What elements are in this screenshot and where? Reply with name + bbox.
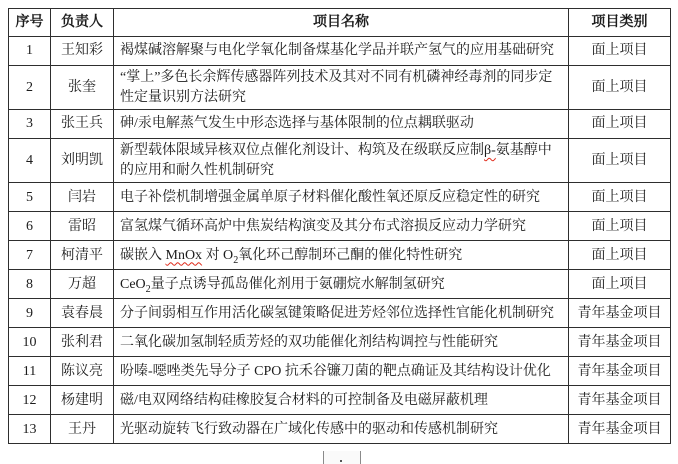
cell-leader: 张奎 bbox=[51, 66, 114, 110]
cell-project-name: 电子补偿机制增强金属单原子材料催化酸性氧还原反应稳定性的研究 bbox=[114, 183, 569, 212]
table-row: 1王知彩褐煤碱溶解聚与电化学氧化制备煤基化学品并联产氢气的应用基础研究面上项目 bbox=[9, 37, 671, 66]
cell-category: 面上项目 bbox=[569, 183, 671, 212]
cell-project-name: 砷/汞电解蒸气发生中形态选择与基体限制的位点耦联驱动 bbox=[114, 110, 569, 139]
col-header-category: 项目类别 bbox=[569, 9, 671, 37]
cell-index: 12 bbox=[9, 386, 51, 415]
cell-category: 青年基金项目 bbox=[569, 357, 671, 386]
col-header-leader: 负责人 bbox=[51, 9, 114, 37]
cell-leader: 闫岩 bbox=[51, 183, 114, 212]
title-segment: 量子点诱导孤岛催化剂用于氨硼烷水解制氢研究 bbox=[151, 277, 445, 292]
cell-category: 面上项目 bbox=[569, 139, 671, 183]
projects-table: 序号 负责人 项目名称 项目类别 1王知彩褐煤碱溶解聚与电化学氧化制备煤基化学品… bbox=[8, 8, 671, 444]
title-segment-spellcheck: β- bbox=[484, 143, 496, 158]
cell-project-name: CeO2量子点诱导孤岛催化剂用于氨硼烷水解制氢研究 bbox=[114, 270, 569, 299]
page-fragment-dot bbox=[340, 460, 342, 462]
cell-category: 青年基金项目 bbox=[569, 415, 671, 444]
title-segment: “掌上”多色长余辉传感器阵列技术及其对不同有机磷神经毒剂的同步定性定量识别方法研… bbox=[120, 70, 552, 105]
cell-project-name: 褐煤碱溶解聚与电化学氧化制备煤基化学品并联产氢气的应用基础研究 bbox=[114, 37, 569, 66]
cell-index: 11 bbox=[9, 357, 51, 386]
col-header-index: 序号 bbox=[9, 9, 51, 37]
cell-leader: 万超 bbox=[51, 270, 114, 299]
cell-leader: 柯清平 bbox=[51, 241, 114, 270]
table-row: 12杨建明磁/电双网络结构硅橡胶复合材料的可控制备及电磁屏蔽机理青年基金项目 bbox=[9, 386, 671, 415]
cell-index: 3 bbox=[9, 110, 51, 139]
cell-index: 9 bbox=[9, 299, 51, 328]
cell-index: 2 bbox=[9, 66, 51, 110]
table-row: 9袁春晨分子间弱相互作用活化碳氢键策略促进芳烃邻位选择性官能化机制研究青年基金项… bbox=[9, 299, 671, 328]
cell-project-name: 新型载体限域异核双位点催化剂设计、构筑及在级联反应制β-氨基醇中的应用和耐久性机… bbox=[114, 139, 569, 183]
title-segment: 磁/电双网络结构硅橡胶复合材料的可控制备及电磁屏蔽机理 bbox=[120, 393, 488, 408]
title-segment: 新型载体限域异核双位点催化剂设计、构筑及在级联反应制 bbox=[120, 143, 484, 158]
projects-table-body: 1王知彩褐煤碱溶解聚与电化学氧化制备煤基化学品并联产氢气的应用基础研究面上项目2… bbox=[9, 37, 671, 444]
cell-leader: 雷昭 bbox=[51, 212, 114, 241]
cell-category: 青年基金项目 bbox=[569, 328, 671, 357]
cell-leader: 刘明凯 bbox=[51, 139, 114, 183]
cell-category: 面上项目 bbox=[569, 37, 671, 66]
title-segment: 对 O bbox=[202, 248, 233, 263]
title-segment: 电子补偿机制增强金属单原子材料催化酸性氧还原反应稳定性的研究 bbox=[120, 190, 540, 205]
cell-leader: 王知彩 bbox=[51, 37, 114, 66]
cell-index: 6 bbox=[9, 212, 51, 241]
table-row: 2张奎“掌上”多色长余辉传感器阵列技术及其对不同有机磷神经毒剂的同步定性定量识别… bbox=[9, 66, 671, 110]
title-segment: 二氧化碳加氢制轻质芳烃的双功能催化剂结构调控与性能研究 bbox=[120, 335, 498, 350]
cell-category: 面上项目 bbox=[569, 241, 671, 270]
header-row: 序号 负责人 项目名称 项目类别 bbox=[9, 9, 671, 37]
cell-category: 青年基金项目 bbox=[569, 386, 671, 415]
cell-leader: 张利君 bbox=[51, 328, 114, 357]
title-segment: 富氢煤气循环高炉中焦炭结构演变及其分布式溶损反应动力学研究 bbox=[120, 219, 526, 234]
cell-category: 面上项目 bbox=[569, 66, 671, 110]
table-row: 13王丹光驱动旋转飞行致动器在广域化传感中的驱动和传感机制研究青年基金项目 bbox=[9, 415, 671, 444]
table-row: 10张利君二氧化碳加氢制轻质芳烃的双功能催化剂结构调控与性能研究青年基金项目 bbox=[9, 328, 671, 357]
cell-leader: 张王兵 bbox=[51, 110, 114, 139]
projects-table-header: 序号 负责人 项目名称 项目类别 bbox=[9, 9, 671, 37]
title-segment: 光驱动旋转飞行致动器在广域化传感中的驱动和传感机制研究 bbox=[120, 422, 498, 437]
cell-project-name: 吩嗪-噁唑类先导分子 CPO 抗禾谷镰刀菌的靶点确证及其结构设计优化 bbox=[114, 357, 569, 386]
cell-leader: 杨建明 bbox=[51, 386, 114, 415]
col-header-project-name: 项目名称 bbox=[114, 9, 569, 37]
cell-project-name: 碳嵌入 MnOx 对 O2氧化环己醇制环己酮的催化特性研究 bbox=[114, 241, 569, 270]
table-row: 5闫岩电子补偿机制增强金属单原子材料催化酸性氧还原反应稳定性的研究面上项目 bbox=[9, 183, 671, 212]
title-segment: 褐煤碱溶解聚与电化学氧化制备煤基化学品并联产氢气的应用基础研究 bbox=[120, 43, 554, 58]
cell-index: 1 bbox=[9, 37, 51, 66]
cell-category: 面上项目 bbox=[569, 212, 671, 241]
table-row: 3张王兵砷/汞电解蒸气发生中形态选择与基体限制的位点耦联驱动面上项目 bbox=[9, 110, 671, 139]
cell-category: 面上项目 bbox=[569, 110, 671, 139]
table-row: 8万超CeO2量子点诱导孤岛催化剂用于氨硼烷水解制氢研究面上项目 bbox=[9, 270, 671, 299]
cell-project-name: 二氧化碳加氢制轻质芳烃的双功能催化剂结构调控与性能研究 bbox=[114, 328, 569, 357]
cell-project-name: 磁/电双网络结构硅橡胶复合材料的可控制备及电磁屏蔽机理 bbox=[114, 386, 569, 415]
cell-project-name: 富氢煤气循环高炉中焦炭结构演变及其分布式溶损反应动力学研究 bbox=[114, 212, 569, 241]
cell-index: 5 bbox=[9, 183, 51, 212]
title-segment: 分子间弱相互作用活化碳氢键策略促进芳烃邻位选择性官能化机制研究 bbox=[120, 306, 554, 321]
cell-index: 13 bbox=[9, 415, 51, 444]
cell-leader: 陈议亮 bbox=[51, 357, 114, 386]
title-segment: 吩嗪-噁唑类先导分子 CPO 抗禾谷镰刀菌的靶点确证及其结构设计优化 bbox=[120, 364, 551, 379]
cell-project-name: 分子间弱相互作用活化碳氢键策略促进芳烃邻位选择性官能化机制研究 bbox=[114, 299, 569, 328]
cell-project-name: “掌上”多色长余辉传感器阵列技术及其对不同有机磷神经毒剂的同步定性定量识别方法研… bbox=[114, 66, 569, 110]
table-row: 4刘明凯新型载体限域异核双位点催化剂设计、构筑及在级联反应制β-氨基醇中的应用和… bbox=[9, 139, 671, 183]
cell-category: 面上项目 bbox=[569, 270, 671, 299]
cell-index: 10 bbox=[9, 328, 51, 357]
title-segment: CeO bbox=[120, 277, 146, 292]
cell-index: 8 bbox=[9, 270, 51, 299]
cell-category: 青年基金项目 bbox=[569, 299, 671, 328]
table-row: 7柯清平碳嵌入 MnOx 对 O2氧化环己醇制环己酮的催化特性研究面上项目 bbox=[9, 241, 671, 270]
title-segment: 氧化环己醇制环己酮的催化特性研究 bbox=[238, 248, 462, 263]
cell-leader: 袁春晨 bbox=[51, 299, 114, 328]
cell-index: 7 bbox=[9, 241, 51, 270]
next-page-fragment bbox=[323, 451, 361, 464]
cell-index: 4 bbox=[9, 139, 51, 183]
title-segment: 砷/汞电解蒸气发生中形态选择与基体限制的位点耦联驱动 bbox=[120, 116, 474, 131]
title-segment-spellcheck: MnOx bbox=[166, 248, 203, 263]
table-row: 11陈议亮吩嗪-噁唑类先导分子 CPO 抗禾谷镰刀菌的靶点确证及其结构设计优化青… bbox=[9, 357, 671, 386]
cell-leader: 王丹 bbox=[51, 415, 114, 444]
table-row: 6雷昭富氢煤气循环高炉中焦炭结构演变及其分布式溶损反应动力学研究面上项目 bbox=[9, 212, 671, 241]
title-segment: 碳嵌入 bbox=[120, 248, 166, 263]
cell-project-name: 光驱动旋转飞行致动器在广域化传感中的驱动和传感机制研究 bbox=[114, 415, 569, 444]
